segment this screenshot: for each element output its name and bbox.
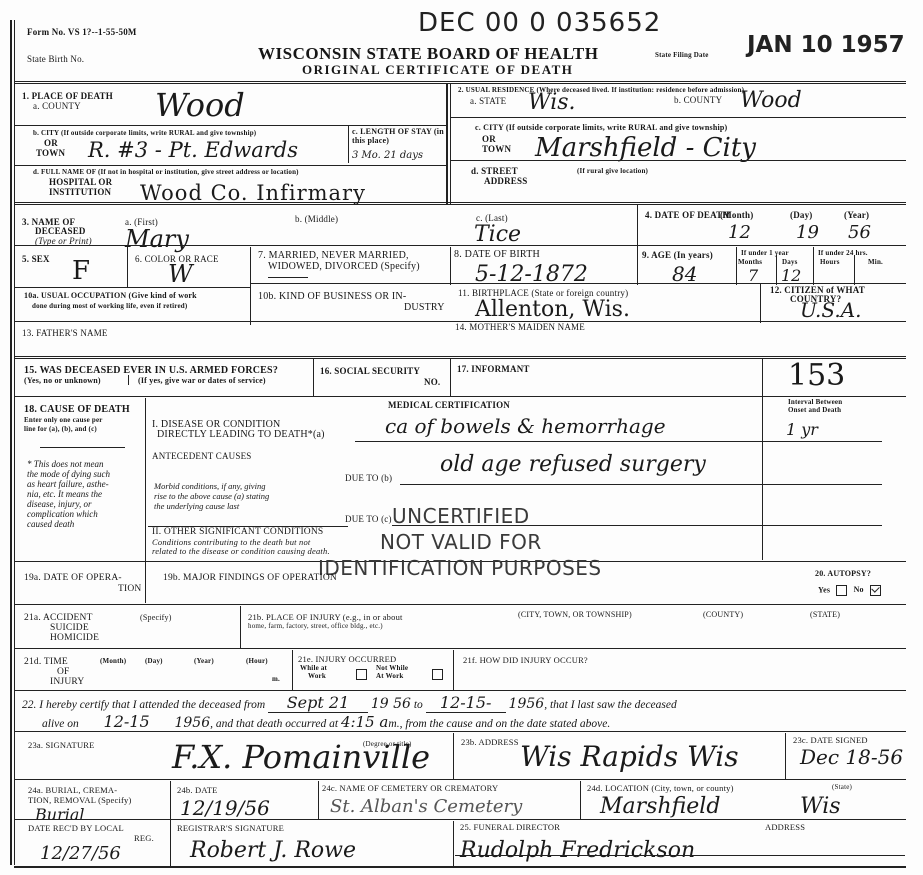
date-received-label-2: REG.: [134, 833, 154, 843]
first-name-value: Mary: [125, 225, 189, 253]
filing-date-stamp: JAN 10 1957: [747, 32, 905, 58]
cause-footnote: * This does not mean the mode of dying s…: [27, 459, 110, 529]
morbid-line: Morbid conditions, if any, giving: [154, 481, 269, 491]
cert-to: to: [414, 699, 423, 711]
time-of-injury-label: 21d. TIME: [24, 657, 68, 667]
rule: [453, 733, 454, 779]
ssn-label: 16. SOCIAL SECURITY: [320, 366, 420, 376]
bottom-frame: [14, 866, 906, 868]
operation-date-label-2: TION: [118, 584, 142, 594]
directly-leading-label: DIRECTLY LEADING TO DEATH*(a): [157, 430, 325, 440]
while-at-work-label-2: Work: [300, 672, 327, 680]
rule: [250, 283, 906, 284]
rule: [762, 484, 882, 485]
not-at-work-checkbox[interactable]: [432, 669, 443, 680]
place-of-death-label: 1. PLACE OF DEATH: [22, 91, 113, 101]
major-findings-label: 19b. MAJOR FINDINGS OF OPERATION: [163, 573, 337, 583]
certification-line-2: alive on 12-15 1956, and that death occu…: [42, 712, 610, 732]
attended-from-year: 19 56: [371, 696, 411, 712]
cause-note-1: Enter only one cause per: [24, 416, 103, 424]
cause-of-death-label: 18. CAUSE OF DEATH: [24, 405, 130, 415]
autopsy-label: 20. AUTOPSY?: [815, 569, 871, 579]
rule: [14, 779, 906, 780]
citizen-value: U.S.A.: [800, 298, 862, 322]
rule: [292, 650, 293, 690]
residence-state-value: Wis.: [528, 90, 576, 115]
accident-label: 21a. ACCIDENT: [24, 613, 93, 623]
rule: [14, 245, 906, 246]
rule: [760, 283, 761, 323]
rule: [128, 375, 129, 385]
rule: [450, 358, 451, 396]
certificate-title: ORIGINAL CERTIFICATE OF DEATH: [302, 62, 573, 78]
residence-city-or: OR: [482, 134, 496, 144]
armed-forces-sub1: (Yes, no or unknown): [24, 377, 101, 385]
rule: [450, 160, 906, 161]
address-label: ADDRESS: [484, 176, 527, 186]
last-name-value: Tice: [474, 222, 521, 247]
rule: [450, 247, 451, 285]
funeral-director-label: 25. FUNERAL DIRECTOR: [460, 822, 560, 832]
dod-day-value: 19: [796, 222, 819, 243]
physician-address-label: 23b. ADDRESS: [461, 737, 519, 747]
time-of-death-value: 4:15 a: [341, 713, 388, 731]
hospital-sub-label: HOSPITAL OR: [49, 177, 112, 187]
rule: [762, 358, 763, 560]
ssn-label-2: NO.: [424, 377, 440, 387]
footnote-line: disease, injury, or: [27, 499, 110, 509]
rule: [14, 648, 906, 649]
date-of-death-label: 4. DATE OF DEATH: [645, 210, 730, 220]
certification-line-1: 22. I hereby certify that I attended the…: [22, 693, 677, 713]
board-title: WISCONSIN STATE BOARD OF HEALTH: [258, 44, 598, 64]
marital-label: 7. MARRIED, NEVER MARRIED,: [258, 251, 409, 261]
cause-note-2: line for (a), (b), and (c): [24, 425, 97, 433]
last-seen-alive-value: 12-15: [82, 712, 172, 732]
state-birth-no-label: State Birth No.: [27, 54, 84, 64]
cause-a-value: ca of bowels & hemorrhage: [385, 414, 666, 438]
father-name-label: 13. FATHER'S NAME: [22, 328, 108, 338]
residence-city-town: TOWN: [482, 144, 511, 154]
not-at-work-label-2: At Work: [376, 672, 408, 680]
rule: [580, 781, 581, 819]
date-received-label: DATE REC'D BY LOCAL: [28, 823, 124, 833]
injury-city-label: (CITY, TOWN, OR TOWNSHIP): [518, 610, 632, 620]
rule: [455, 855, 905, 856]
deceased-label: DECEASED: [35, 226, 86, 236]
business-label-2: DUSTRY: [404, 303, 445, 313]
while-at-work-checkbox[interactable]: [356, 669, 367, 680]
cert-text: m., from the cause and on the date state…: [388, 718, 610, 730]
rule: [637, 247, 638, 285]
footnote-line: nia, etc. It means the: [27, 489, 110, 499]
informant-label: 17. INFORMANT: [457, 364, 530, 374]
rule: [854, 255, 855, 285]
cert-text: , that I last saw the deceased: [544, 699, 677, 711]
death-county-value: Wood: [155, 86, 245, 124]
cemetery-value: St. Alban's Cemetery: [330, 796, 522, 817]
rule: [14, 731, 906, 732]
form-number: Form No. VS 1?--1-55-50M: [27, 27, 137, 37]
rule: [14, 165, 446, 166]
outer-frame-left-inner: [14, 20, 15, 865]
rule: [762, 441, 882, 442]
autopsy-no-checkbox[interactable]: [870, 585, 881, 596]
registrar-signature-label: REGISTRAR'S SIGNATURE: [177, 823, 284, 833]
rule: [14, 287, 250, 288]
burial-type-value: Burial: [35, 805, 84, 824]
days-label: Days: [782, 258, 798, 266]
time-year-label: (Year): [194, 657, 214, 665]
under-24-hrs-label: If under 24 hrs.: [818, 249, 868, 257]
section-divider-inner: [450, 84, 451, 204]
rule: [14, 125, 446, 126]
filing-date-label: State Filing Date: [655, 50, 709, 60]
time-day-label: (Day): [145, 657, 163, 665]
rule: [40, 447, 125, 448]
due-to-b-label: DUE TO (b): [345, 473, 392, 483]
residence-label: 2. USUAL RESIDENCE (Where deceased lived…: [458, 86, 744, 94]
institution-sub-label: INSTITUTION: [49, 187, 111, 197]
cause-b-value: old age refused surgery: [440, 452, 706, 477]
cemetery-label: 24c. NAME OF CEMETERY OR CREMATORY: [322, 783, 498, 793]
morbid-line: the underlying cause last: [154, 501, 269, 511]
mother-maiden-name-label: 14. MOTHER'S MAIDEN NAME: [455, 322, 585, 332]
rule: [145, 563, 146, 603]
rule: [813, 247, 814, 285]
funeral-address-label: ADDRESS: [765, 822, 805, 832]
city-or-label: OR: [44, 138, 58, 148]
time-of-label: OF: [57, 667, 70, 677]
operation-date-label: 19a. DATE OF OPERA-: [24, 573, 122, 583]
rule: [14, 202, 906, 205]
rule: [14, 396, 906, 397]
footnote-line: * This does not mean: [27, 459, 110, 469]
occupation-label-2: done during most of working life, even i…: [32, 302, 187, 310]
marital-label-2: WIDOWED, DIVORCED (Specify): [268, 262, 420, 272]
homicide-label: HOMICIDE: [50, 633, 99, 643]
suicide-label: SUICIDE: [50, 623, 89, 633]
interval-label: Interval Between Onset and Death: [788, 398, 842, 414]
rule: [14, 356, 906, 359]
months-label: Months: [738, 258, 762, 266]
footnote-line: caused death: [27, 519, 110, 529]
rule: [313, 358, 314, 396]
not-valid-stamp: NOT VALID FOR: [380, 530, 542, 554]
cert-text: alive on: [42, 718, 79, 730]
signature-label: 23a. SIGNATURE: [28, 740, 95, 750]
injury-state-label: (STATE): [810, 610, 840, 620]
informant-mark: 153: [788, 358, 845, 393]
dod-day-label: (Day): [790, 210, 813, 220]
not-at-work-option[interactable]: Not While At Work: [376, 664, 408, 680]
burial-state-label: (State): [832, 783, 852, 791]
date-signed-label: 23c. DATE SIGNED: [793, 735, 868, 745]
rule: [14, 604, 906, 605]
city-label: b. CITY (If outside corporate limits, wr…: [33, 129, 333, 137]
rule: [170, 781, 171, 866]
specify-label: (Specify): [140, 613, 172, 623]
due-to-c-label: DUE TO (c): [345, 514, 392, 524]
while-at-work-label: While at: [300, 664, 327, 672]
interval-label-1: Interval Between: [788, 398, 842, 406]
length-of-stay-label: c. LENGTH OF STAY (in this place): [352, 127, 444, 145]
not-at-work-label: Not While: [376, 664, 408, 672]
burial-location-label: 24d. LOCATION (City, town, or county): [587, 783, 734, 793]
race-value: W: [168, 260, 193, 288]
rule: [453, 650, 454, 690]
occupation-label: 10a. USUAL OCCUPATION (Give kind of work: [24, 292, 197, 300]
rule: [736, 247, 737, 285]
injury-county-label: (COUNTY): [703, 610, 743, 620]
medical-certification-label: MEDICAL CERTIFICATION: [388, 400, 510, 410]
funeral-director-signature: Rudolph Fredrickson: [460, 838, 695, 863]
section-divider: [446, 84, 448, 204]
interval-a-value: 1 yr: [786, 420, 818, 439]
antecedent-label: ANTECEDENT CAUSES: [152, 451, 252, 461]
burial-location-value: Marshfield: [600, 794, 720, 819]
death-city-value: R. #3 - Pt. Edwards: [88, 138, 298, 162]
burial-state-value: Wis: [800, 794, 841, 819]
rule: [14, 819, 906, 820]
last-seen-year: 1956: [174, 715, 210, 731]
morbid-line: rise to the above cause (a) stating: [154, 491, 269, 501]
other-conditions-note-2: related to the disease or condition caus…: [152, 546, 330, 556]
autopsy-yes-checkbox[interactable]: [836, 585, 847, 596]
attended-to-year: 1956: [509, 696, 545, 712]
sex-label: 5. SEX: [22, 254, 50, 264]
place-of-injury-label: 21b. PLACE OF INJURY (e.g., in or about: [248, 612, 403, 622]
other-conditions-label: II. OTHER SIGNIFICANT CONDITIONS: [152, 527, 323, 537]
physician-signature: F.X. Pomainville: [172, 738, 430, 776]
burial-type-label-2: TION, REMOVAL (Specify): [28, 795, 132, 805]
residence-county-value: Wood: [740, 88, 802, 113]
burial-type-label: 24a. BURIAL, CREMA-: [28, 785, 117, 795]
cert-text: 22. I hereby certify that I attended the…: [22, 699, 265, 711]
dod-year-label: (Year): [844, 210, 869, 220]
sex-value: F: [72, 256, 90, 286]
dod-month-label: (Month): [720, 210, 753, 220]
armed-forces-label: 15. WAS DECEASED EVER IN U.S. ARMED FORC…: [24, 366, 278, 376]
header-divider: [14, 81, 906, 84]
widowed-underline: [268, 277, 308, 278]
rule: [250, 247, 251, 325]
residence-city-label: c. CITY (If outside corporate limits, wr…: [475, 124, 727, 132]
residence-city-value: Marshfield - City: [535, 133, 756, 163]
rule: [240, 606, 241, 648]
rule: [450, 117, 906, 118]
hospital-label: d. FULL NAME OF (If not in hospital or i…: [33, 168, 299, 176]
uncertified-stamp: UNCERTIFIED: [392, 504, 530, 528]
rule: [776, 255, 777, 285]
rule: [14, 690, 906, 691]
footnote-line: complication which: [27, 509, 110, 519]
while-at-work-option[interactable]: While at Work: [300, 664, 327, 680]
armed-forces-sub2: (If yes, give war or dates of service): [138, 377, 266, 385]
morbid-conditions-note: Morbid conditions, if any, giving rise t…: [154, 481, 269, 511]
physician-address-value: Wis Rapids Wis: [520, 740, 739, 773]
attended-from-value: Sept 21: [268, 693, 368, 713]
registrar-signature: Robert J. Rowe: [190, 838, 356, 863]
rule: [318, 781, 319, 819]
cert-text: , and that death occurred at: [210, 718, 338, 730]
dod-year-value: 56: [848, 222, 871, 243]
birthplace-value: Allenton, Wis.: [475, 297, 630, 322]
autopsy-yes-option[interactable]: Yes No: [818, 585, 881, 596]
rule: [145, 398, 146, 563]
residence-state-label: a. STATE: [470, 96, 506, 106]
rule: [785, 733, 786, 779]
time-hour-label: (Hour): [246, 657, 268, 665]
injury-occurred-label: 21e. INJURY OCCURRED: [298, 654, 396, 664]
autopsy-no-label: No: [854, 585, 864, 594]
residence-county-label: b. COUNTY: [674, 95, 722, 105]
street-label: d. STREET: [471, 166, 518, 176]
how-injury-occur-label: 21f. HOW DID INJURY OCCUR?: [463, 655, 588, 665]
age-label: 9. AGE (In years): [642, 250, 713, 260]
rule: [127, 247, 128, 287]
under-1-year-label: If under 1 year: [741, 249, 789, 257]
rule: [453, 821, 454, 866]
date-received-value: 12/27/56: [40, 843, 121, 864]
burial-date-value: 12/19/56: [180, 796, 270, 820]
dod-month-value: 12: [728, 222, 751, 243]
autopsy-yes-label: Yes: [818, 585, 830, 594]
rule: [355, 441, 763, 442]
time-m-label: m.: [272, 675, 280, 683]
date-signed-value: Dec 18-56: [800, 745, 903, 769]
place-of-injury-label-2: home, farm, factory, street, office bldg…: [248, 622, 383, 630]
street-note: (If rural give location): [577, 167, 648, 175]
min-label: Min.: [868, 258, 883, 266]
file-number-stamp: DEC 00 0 035652: [418, 8, 661, 38]
footnote-line: the mode of dying such: [27, 469, 110, 479]
rule: [348, 125, 349, 163]
hours-label: Hours: [820, 258, 840, 266]
city-town-label: TOWN: [36, 148, 65, 158]
identification-purposes-stamp: IDENTIFICATION PURPOSES: [318, 556, 602, 580]
business-label: 10b. KIND OF BUSINESS OR IN-: [258, 292, 406, 302]
rule: [762, 525, 882, 526]
rule: [400, 484, 763, 485]
injury-word-label: INJURY: [50, 677, 84, 687]
county-label: a. COUNTY: [33, 101, 81, 111]
middle-name-label: b. (Middle): [295, 214, 338, 224]
dob-label: 8. DATE OF BIRTH: [454, 250, 540, 260]
outer-frame-left: [10, 20, 12, 865]
interval-label-2: Onset and Death: [788, 406, 842, 414]
length-of-stay-value: 3 Mo. 21 days: [352, 150, 423, 161]
burial-date-label: 24b. DATE: [177, 785, 218, 795]
time-month-label: (Month): [100, 657, 126, 665]
attended-to-value: 12-15-: [426, 693, 506, 713]
footnote-line: as heart failure, asthe-: [27, 479, 110, 489]
